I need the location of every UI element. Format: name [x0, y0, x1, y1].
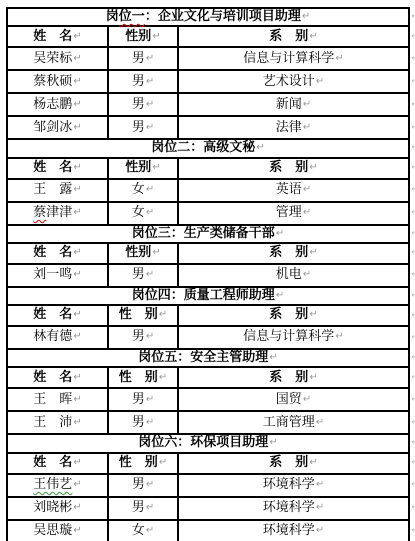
spellcheck-red-underline: 蔡 — [33, 205, 46, 220]
row-end-mark-icon: ↵ — [411, 248, 415, 258]
row-end-mark-icon: ↵ — [411, 208, 415, 218]
paragraph-mark-icon: ↵ — [146, 525, 154, 536]
paragraph-mark-icon: ↵ — [276, 228, 284, 239]
name-cell: 吴荣标↵ — [7, 47, 108, 70]
section-title: 岗位五：安全主管助理↵ ↵ — [7, 349, 409, 367]
name-cell: 王伟艺↵ — [7, 474, 108, 497]
row-end-mark-icon: ↵ — [411, 53, 415, 63]
table-row: 王 晖↵ 男↵ 国贸↵↵ — [7, 388, 409, 411]
dept-column-header: 系 别↵↵ — [178, 367, 409, 388]
name-cell: 王 晖↵ — [7, 388, 108, 411]
paragraph-mark-icon: ↵ — [303, 184, 311, 195]
name-column-header: 姓 名↵ — [7, 367, 108, 388]
paragraph-mark-icon: ↵ — [73, 331, 81, 342]
table-row: 林有德↵ 男↵ 信息与计算科学↵↵ — [7, 326, 409, 349]
name-cell: 吴思璇↵ — [7, 520, 108, 541]
paragraph-mark-icon: ↵ — [316, 502, 324, 513]
table-row: 王 沛↵ 男↵ 工商管理↵↵ — [7, 411, 409, 434]
row-end-mark-icon: ↵ — [411, 76, 415, 86]
paragraph-mark-icon: ↵ — [159, 372, 167, 383]
row-end-mark-icon: ↵ — [411, 31, 415, 41]
name-cell: 邹剑冰↵ — [7, 116, 108, 139]
paragraph-mark-icon: ↵ — [309, 31, 317, 42]
name-cell: 王 沛↵ — [7, 411, 108, 434]
table-row: 杨志鹏↵ 男↵ 新闻↵↵ — [7, 93, 409, 116]
paragraph-mark-icon: ↵ — [146, 479, 154, 490]
position-candidates-table: 岗位一：企业文化与培训项目助理↵ ↵ 姓 名↵ 性别↵ 系 别↵↵ 吴荣标↵ 男… — [6, 7, 410, 541]
table-row: 刘一鸣↵ 男↵ 机电↵↵ — [7, 264, 409, 287]
paragraph-mark-icon: ↵ — [303, 269, 311, 280]
paragraph-mark-icon: ↵ — [152, 162, 160, 173]
paragraph-mark-icon: ↵ — [152, 247, 160, 258]
paragraph-mark-icon: ↵ — [335, 53, 343, 64]
paragraph-mark-icon: ↵ — [146, 417, 154, 428]
spellcheck-red-underline: 位一 — [119, 9, 145, 24]
row-end-mark-icon: ↵ — [411, 290, 415, 300]
dept-cell: 环境科学↵↵ — [178, 497, 409, 520]
row-end-mark-icon: ↵ — [411, 99, 415, 109]
table-row: 蔡津津↵ 女↵ 管理↵↵ — [7, 202, 409, 225]
grammar-green-underline: 王伟艺 — [33, 477, 72, 492]
name-cell: 蔡秋硕↵ — [7, 70, 108, 93]
paragraph-mark-icon: ↵ — [73, 417, 81, 428]
paragraph-mark-icon: ↵ — [73, 31, 81, 42]
gender-cell: 男↵ — [108, 388, 178, 411]
section-position-2: 岗位二：高级文秘↵ ↵ 姓 名↵ 性别↵ 系 别↵↵ 王 露↵ 女↵ 英语↵↵ … — [7, 139, 409, 224]
dept-cell: 信息与计算科学↵↵ — [178, 326, 409, 349]
table-row: 吴思璇↵ 女↵ 环境科学↵↵ — [7, 520, 409, 541]
paragraph-mark-icon: ↵ — [73, 479, 81, 490]
section-title-text: 岗位四：质量工程师助理 — [132, 288, 275, 303]
paragraph-mark-icon: ↵ — [269, 437, 277, 448]
name-cell: 杨志鹏↵ — [7, 93, 108, 116]
section-title-text: 岗位一：企业文化与培训项目助理 — [106, 9, 301, 24]
paragraph-mark-icon: ↵ — [316, 76, 324, 87]
paragraph-mark-icon: ↵ — [146, 53, 154, 64]
dept-cell: 信息与计算科学↵↵ — [178, 47, 409, 70]
gender-cell: 男↵ — [108, 116, 178, 139]
paragraph-mark-icon: ↵ — [303, 99, 311, 110]
paragraph-mark-icon: ↵ — [152, 31, 160, 42]
dept-column-header: 系 别↵↵ — [178, 158, 409, 179]
document-page: 岗位一：企业文化与培训项目助理↵ ↵ 姓 名↵ 性别↵ 系 别↵↵ 吴荣标↵ 男… — [0, 0, 415, 541]
paragraph-mark-icon: ↵ — [73, 394, 81, 405]
dept-cell: 新闻↵↵ — [178, 93, 409, 116]
gender-cell: 男↵ — [108, 411, 178, 434]
dept-cell: 英语↵↵ — [178, 179, 409, 202]
table-row: 蔡秋硕↵ 男↵ 艺术设计↵↵ — [7, 70, 409, 93]
paragraph-mark-icon: ↵ — [316, 479, 324, 490]
name-cell: 刘晓彬↵ — [7, 497, 108, 520]
paragraph-mark-icon: ↵ — [146, 99, 154, 110]
paragraph-mark-icon: ↵ — [316, 525, 324, 536]
row-end-mark-icon: ↵ — [411, 332, 415, 342]
row-end-mark-icon: ↵ — [411, 270, 415, 280]
dept-column-header: 系 别↵↵ — [178, 26, 409, 47]
paragraph-mark-icon: ↵ — [309, 309, 317, 320]
dept-cell: 管理↵↵ — [178, 202, 409, 225]
section-position-5: 岗位五：安全主管助理↵ ↵ 姓 名↵ 性 别↵ 系 别↵↵ 王 晖↵ 男↵ 国贸… — [7, 349, 409, 434]
paragraph-mark-icon: ↵ — [73, 309, 81, 320]
row-end-mark-icon: ↵ — [411, 12, 415, 22]
paragraph-mark-icon: ↵ — [146, 331, 154, 342]
gender-column-header: 性 别↵ — [108, 367, 178, 388]
paragraph-mark-icon: ↵ — [316, 417, 324, 428]
section-title-text: 岗位三：生产类储备干部 — [132, 226, 275, 241]
paragraph-mark-icon: ↵ — [146, 122, 154, 133]
paragraph-mark-icon: ↵ — [146, 184, 154, 195]
table-row: 邹剑冰↵ 男↵ 法律↵↵ — [7, 116, 409, 139]
row-end-mark-icon: ↵ — [411, 394, 415, 404]
gender-cell: 男↵ — [108, 70, 178, 93]
row-end-mark-icon: ↵ — [411, 480, 415, 490]
table-row: 王伟艺↵ 男↵ 环境科学↵↵ — [7, 474, 409, 497]
paragraph-mark-icon: ↵ — [303, 394, 311, 405]
paragraph-mark-icon: ↵ — [146, 269, 154, 280]
paragraph-mark-icon: ↵ — [73, 525, 81, 536]
paragraph-mark-icon: ↵ — [146, 76, 154, 87]
dept-cell: 艺术设计↵↵ — [178, 70, 409, 93]
name-cell: 王 露↵ — [7, 179, 108, 202]
gender-cell: 男↵ — [108, 47, 178, 70]
paragraph-mark-icon: ↵ — [73, 53, 81, 64]
gender-column-header: 性 别↵ — [108, 453, 178, 474]
dept-cell: 环境科学↵↵ — [178, 520, 409, 541]
dept-cell: 法律↵↵ — [178, 116, 409, 139]
section-title: 岗位四：质量工程师助理↵ ↵ — [7, 287, 409, 305]
paragraph-mark-icon: ↵ — [159, 457, 167, 468]
dept-cell: 机电↵↵ — [178, 264, 409, 287]
row-end-mark-icon: ↵ — [411, 122, 415, 132]
paragraph-mark-icon: ↵ — [73, 122, 81, 133]
dept-cell: 环境科学↵↵ — [178, 474, 409, 497]
paragraph-mark-icon: ↵ — [309, 457, 317, 468]
section-position-1: 岗位一：企业文化与培训项目助理↵ ↵ 姓 名↵ 性别↵ 系 别↵↵ 吴荣标↵ 男… — [7, 8, 409, 139]
dept-cell: 国贸↵↵ — [178, 388, 409, 411]
paragraph-mark-icon: ↵ — [73, 162, 81, 173]
paragraph-mark-icon: ↵ — [73, 76, 81, 87]
gender-cell: 男↵ — [108, 264, 178, 287]
gender-column-header: 性别↵ — [108, 158, 178, 179]
paragraph-mark-icon: ↵ — [73, 99, 81, 110]
paragraph-mark-icon: ↵ — [309, 247, 317, 258]
gender-cell: 女↵ — [108, 202, 178, 225]
paragraph-mark-icon: ↵ — [256, 142, 264, 153]
paragraph-mark-icon: ↵ — [303, 207, 311, 218]
row-end-mark-icon: ↵ — [411, 372, 415, 382]
paragraph-mark-icon: ↵ — [73, 247, 81, 258]
section-title: 岗位六：环保项目助理↵ ↵ — [7, 434, 409, 452]
paragraph-mark-icon: ↵ — [335, 331, 343, 342]
dept-cell: 工商管理↵↵ — [178, 411, 409, 434]
gender-cell: 女↵ — [108, 520, 178, 541]
paragraph-mark-icon: ↵ — [73, 372, 81, 383]
gender-column-header: 性别↵ — [108, 26, 178, 47]
section-title-text: 岗位五：安全主管助理 — [138, 350, 268, 365]
paragraph-mark-icon: ↵ — [303, 122, 311, 133]
row-end-mark-icon: ↵ — [411, 310, 415, 320]
row-end-mark-icon: ↵ — [411, 353, 415, 363]
dept-column-header: 系 别↵↵ — [178, 305, 409, 326]
name-column-header: 姓 名↵ — [7, 305, 108, 326]
name-column-header: 姓 名↵ — [7, 26, 108, 47]
paragraph-mark-icon: ↵ — [309, 162, 317, 173]
gender-cell: 男↵ — [108, 93, 178, 116]
row-end-mark-icon: ↵ — [411, 185, 415, 195]
gender-cell: 男↵ — [108, 326, 178, 349]
section-title: 岗位一：企业文化与培训项目助理↵ ↵ — [7, 8, 409, 26]
paragraph-mark-icon: ↵ — [302, 11, 310, 22]
paragraph-mark-icon: ↵ — [146, 207, 154, 218]
name-cell: 蔡津津↵ — [7, 202, 108, 225]
gender-cell: 女↵ — [108, 179, 178, 202]
name-cell: 刘一鸣↵ — [7, 264, 108, 287]
name-column-header: 姓 名↵ — [7, 243, 108, 264]
gender-column-header: 性 别↵ — [108, 305, 178, 326]
paragraph-mark-icon: ↵ — [276, 290, 284, 301]
gender-column-header: 性别↵ — [108, 243, 178, 264]
dept-column-header: 系 别↵↵ — [178, 453, 409, 474]
section-title: 岗位三：生产类储备干部↵ ↵ — [7, 225, 409, 243]
row-end-mark-icon: ↵ — [411, 526, 415, 536]
paragraph-mark-icon: ↵ — [73, 207, 81, 218]
paragraph-mark-icon: ↵ — [73, 184, 81, 195]
paragraph-mark-icon: ↵ — [269, 352, 277, 363]
paragraph-mark-icon: ↵ — [73, 457, 81, 468]
section-title: 岗位二：高级文秘↵ ↵ — [7, 139, 409, 157]
row-end-mark-icon: ↵ — [411, 458, 415, 468]
section-position-3: 岗位三：生产类储备干部↵ ↵ 姓 名↵ 性别↵ 系 别↵↵ 刘一鸣↵ 男↵ 机电… — [7, 225, 409, 287]
dept-column-header: 系 别↵↵ — [178, 243, 409, 264]
paragraph-mark-icon: ↵ — [146, 394, 154, 405]
paragraph-mark-icon: ↵ — [73, 269, 81, 280]
table-row: 吴荣标↵ 男↵ 信息与计算科学↵↵ — [7, 47, 409, 70]
row-end-mark-icon: ↵ — [411, 503, 415, 513]
gender-cell: 男↵ — [108, 474, 178, 497]
row-end-mark-icon: ↵ — [411, 417, 415, 427]
name-column-header: 姓 名↵ — [7, 158, 108, 179]
table-row: 王 露↵ 女↵ 英语↵↵ — [7, 179, 409, 202]
row-end-mark-icon: ↵ — [411, 163, 415, 173]
gender-cell: 男↵ — [108, 497, 178, 520]
paragraph-mark-icon: ↵ — [159, 309, 167, 320]
row-end-mark-icon: ↵ — [411, 228, 415, 238]
section-title-text: 岗位二：高级文秘 — [151, 140, 255, 155]
paragraph-mark-icon: ↵ — [309, 372, 317, 383]
row-end-mark-icon: ↵ — [411, 143, 415, 153]
section-title-text: 岗位六：环保项目助理 — [138, 435, 268, 450]
table-row: 刘晓彬↵ 男↵ 环境科学↵↵ — [7, 497, 409, 520]
name-cell: 林有德↵ — [7, 326, 108, 349]
paragraph-mark-icon: ↵ — [73, 502, 81, 513]
section-position-4: 岗位四：质量工程师助理↵ ↵ 姓 名↵ 性 别↵ 系 别↵↵ 林有德↵ 男↵ 信… — [7, 287, 409, 349]
name-column-header: 姓 名↵ — [7, 453, 108, 474]
section-position-6: 岗位六：环保项目助理↵ ↵ 姓 名↵ 性 别↵ 系 别↵↵ 王伟艺↵ 男↵ 环境… — [7, 434, 409, 541]
row-end-mark-icon: ↵ — [411, 438, 415, 448]
paragraph-mark-icon: ↵ — [146, 502, 154, 513]
